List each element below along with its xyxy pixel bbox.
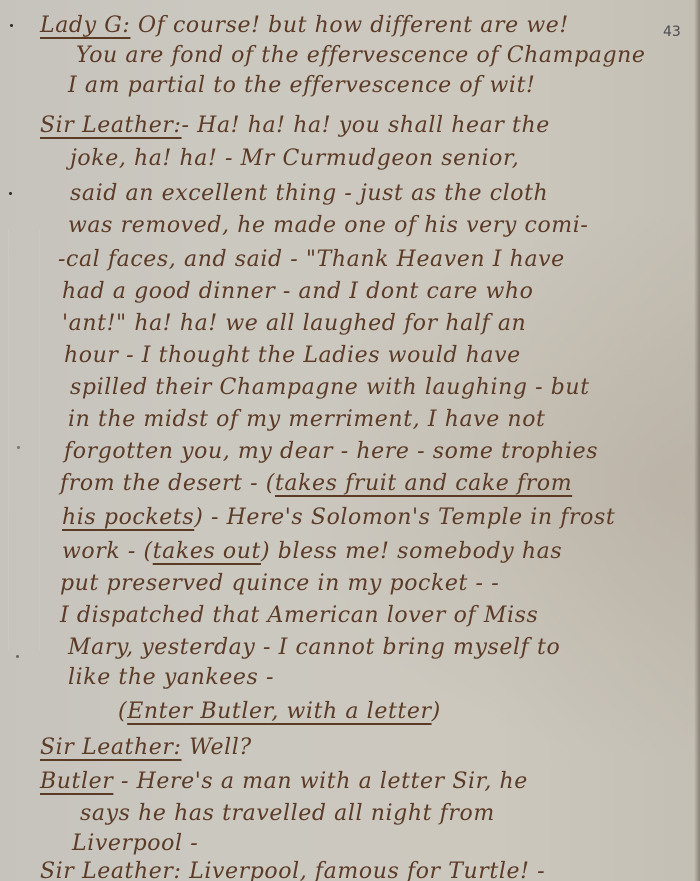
manuscript-line: said an excellent thing - just as the cl… — [70, 180, 548, 208]
manuscript-line: joke, ha! ha! - Mr Curmudgeon senior, — [70, 145, 519, 173]
manuscript-line: Sir Leather: Liverpool, famous for Turtl… — [40, 858, 545, 881]
manuscript-line: was removed, he made one of his very com… — [68, 212, 588, 240]
manuscript-line: You are fond of the effervescence of Cha… — [76, 42, 646, 70]
dialogue-text: ) bless me! somebody has — [261, 539, 562, 564]
manuscript-line: work - (takes out) bless me! somebody ha… — [62, 538, 562, 566]
dialogue-text: joke, ha! ha! - Mr Curmudgeon senior, — [70, 146, 519, 171]
manuscript-line: had a good dinner - and I dont care who — [62, 278, 534, 306]
dialogue-text: spilled their Champagne with laughing - … — [70, 375, 590, 400]
speaker-name: Sir Leather: — [40, 735, 182, 760]
dialogue-text: - Here's a man with a letter Sir, he — [113, 769, 528, 794]
page-number: 43 — [663, 24, 681, 40]
dialogue-text: hour - I thought the Ladies would have — [64, 343, 521, 368]
manuscript-line: Sir Leather:- Ha! ha! ha! you shall hear… — [40, 112, 550, 140]
manuscript-line: hour - I thought the Ladies would have — [64, 342, 521, 370]
dialogue-text: from the desert - ( — [60, 471, 275, 496]
stage-direction: his pockets — [62, 505, 194, 530]
ink-speck — [17, 446, 20, 449]
page-edge-shadow — [694, 0, 700, 881]
manuscript-line: I dispatched that American lover of Miss — [60, 602, 538, 630]
dialogue-text: put preserved quince in my pocket - - — [60, 571, 499, 596]
manuscript-line: Mary, yesterday - I cannot bring myself … — [68, 634, 560, 662]
paper-watermark — [8, 230, 40, 650]
dialogue-text: Liverpool, famous for Turtle! - — [182, 859, 546, 881]
dialogue-text: work - ( — [62, 539, 153, 564]
dialogue-text: says he has travelled all night from — [80, 801, 495, 826]
dialogue-text: 'ant!" ha! ha! we all laughed for half a… — [62, 311, 526, 336]
dialogue-text: Liverpool - — [72, 831, 198, 856]
manuscript-line: 'ant!" ha! ha! we all laughed for half a… — [62, 310, 526, 338]
dialogue-text: - Ha! ha! ha! you shall hear the — [182, 113, 550, 138]
stage-direction: takes out — [153, 539, 261, 564]
manuscript-line: put preserved quince in my pocket - - — [60, 570, 499, 598]
dialogue-text: You are fond of the effervescence of Cha… — [76, 43, 646, 68]
ink-speck — [10, 24, 13, 27]
dialogue-text: had a good dinner - and I dont care who — [62, 279, 534, 304]
manuscript-line: forgotten you, my dear - here - some tro… — [64, 438, 598, 466]
dialogue-text: was removed, he made one of his very com… — [68, 213, 588, 238]
dialogue-text: Of course! but how different are we! — [130, 13, 568, 38]
dialogue-text: -cal faces, and said - "Thank Heaven I h… — [58, 247, 565, 272]
manuscript-line: like the yankees - — [68, 664, 274, 692]
stage-direction: takes fruit and cake from — [275, 471, 572, 496]
manuscript-line: I am partial to the effervescence of wit… — [68, 72, 535, 100]
speaker-name: Lady G: — [40, 13, 130, 38]
dialogue-text: I am partial to the effervescence of wit… — [68, 73, 535, 98]
dialogue-text: forgotten you, my dear - here - some tro… — [64, 439, 598, 464]
manuscript-line: Lady G: Of course! but how different are… — [40, 12, 569, 40]
manuscript-line: says he has travelled all night from — [80, 800, 495, 828]
speaker-name: Sir Leather: — [40, 859, 182, 881]
manuscript-line: Liverpool - — [72, 830, 198, 858]
dialogue-text: like the yankees - — [68, 665, 274, 690]
stage-direction: Enter Butler, with a letter — [127, 699, 431, 724]
ink-speck — [16, 655, 19, 658]
dialogue-text: I dispatched that American lover of Miss — [60, 603, 538, 628]
dialogue-text: in the midst of my merriment, I have not — [68, 407, 545, 432]
dialogue-text: ) - Here's Solomon's Temple in frost — [194, 505, 615, 530]
dialogue-text: Mary, yesterday - I cannot bring myself … — [68, 635, 560, 660]
manuscript-line: Sir Leather: Well? — [40, 734, 252, 762]
speaker-name: Sir Leather: — [40, 113, 182, 138]
manuscript-line: in the midst of my merriment, I have not — [68, 406, 545, 434]
dialogue-text: ) — [432, 699, 441, 724]
manuscript-line: -cal faces, and said - "Thank Heaven I h… — [58, 246, 565, 274]
manuscript-line: spilled their Champagne with laughing - … — [70, 374, 590, 402]
manuscript-line: his pockets) - Here's Solomon's Temple i… — [62, 504, 615, 532]
manuscript-page: 43 Lady G: Of course! but how different … — [0, 0, 700, 881]
dialogue-text: Well? — [182, 735, 252, 760]
ink-speck — [9, 192, 12, 195]
manuscript-line: from the desert - (takes fruit and cake … — [60, 470, 572, 498]
dialogue-text: ( — [118, 699, 127, 724]
manuscript-line: (Enter Butler, with a letter) — [118, 698, 441, 726]
speaker-name: Butler — [40, 769, 113, 794]
dialogue-text: said an excellent thing - just as the cl… — [70, 181, 548, 206]
manuscript-line: Butler - Here's a man with a letter Sir,… — [40, 768, 528, 796]
